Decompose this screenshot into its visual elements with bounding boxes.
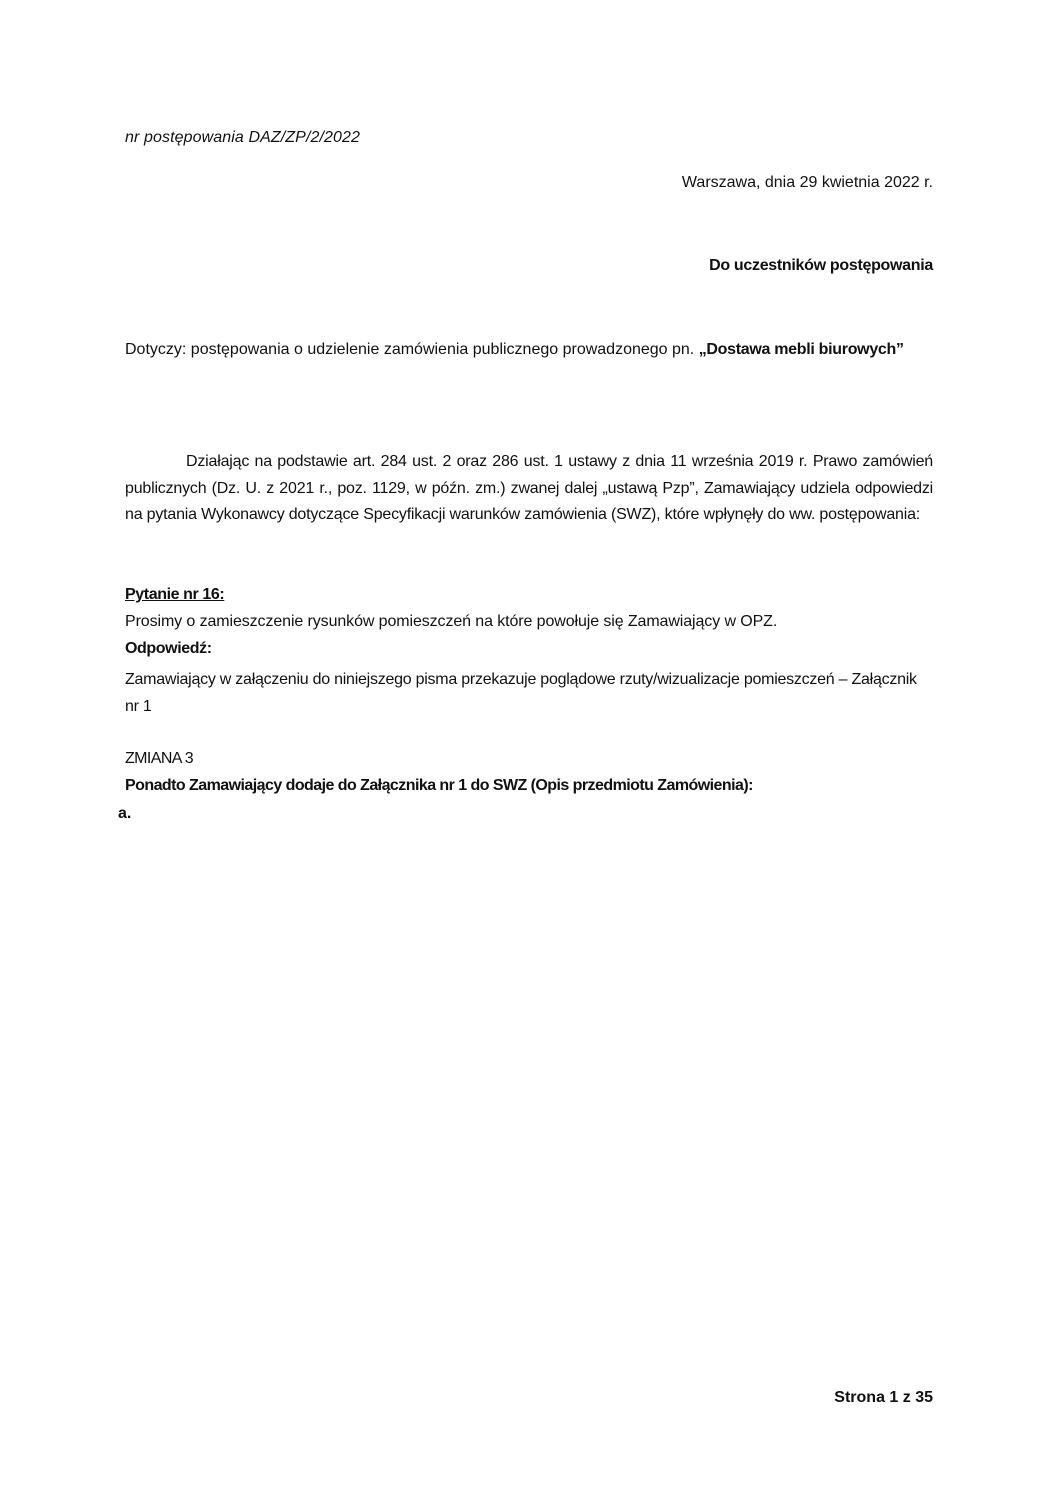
date-line: Warszawa, dnia 29 kwietnia 2022 r. — [682, 174, 933, 192]
list-marker: a. — [118, 805, 131, 823]
question-heading: Pytanie nr 16: — [125, 586, 224, 604]
addressee: Do uczestników postępowania — [709, 257, 933, 275]
subject-line: Dotyczy: postępowania o udzielenie zamów… — [125, 339, 933, 361]
answer-heading: Odpowiedź: — [125, 640, 212, 658]
procurement-title: „Dostawa mebli biurowych” — [699, 341, 904, 358]
subject-prefix: Dotyczy: postępowania o udzielenie zamów… — [125, 341, 699, 358]
reference-number: nr postępowania DAZ/ZP/2/2022 — [125, 129, 360, 147]
question-text: Prosimy o zamieszczenie rysunków pomiesz… — [125, 613, 777, 631]
document-page: nr postępowania DAZ/ZP/2/2022 Warszawa, … — [0, 0, 1058, 1497]
change-heading: ZMIANA 3 — [125, 750, 193, 768]
intro-paragraph: Działając na podstawie art. 284 ust. 2 o… — [125, 449, 933, 529]
page-number: Strona 1 z 35 — [834, 1389, 933, 1407]
change-description: Ponadto Zamawiający dodaje do Załącznika… — [125, 777, 753, 795]
answer-text: Zamawiający w załączeniu do niniejszego … — [125, 667, 933, 720]
